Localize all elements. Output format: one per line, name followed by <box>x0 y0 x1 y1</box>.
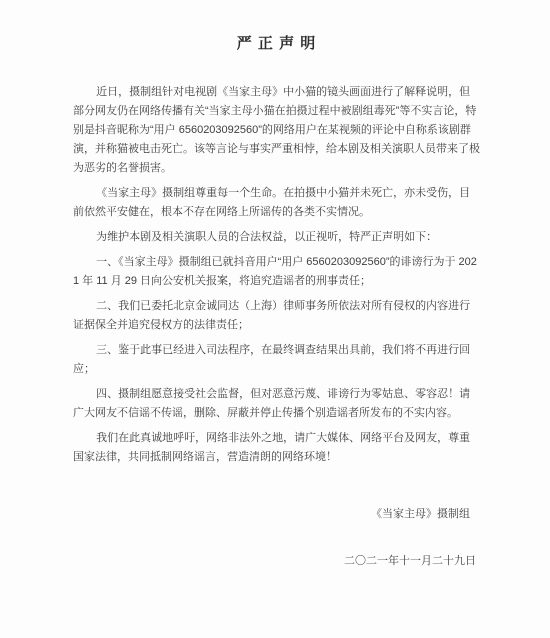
statement-item-4: 四、摄制组愿意接受社会监督，但对恶意污蔑、诽谤行为零姑息、零容忍！请广大网友不信… <box>73 385 480 423</box>
paragraph-fact-clarification: 《当家主母》摄制组尊重每一个生命。在拍摄中小猫并未死亡，亦未受伤，目前依然平安健… <box>73 184 480 222</box>
statement-document: 严 正 声 明 近日，摄制组针对电视剧《当家主母》中小猫的镜头画面进行了解释说明… <box>0 0 550 638</box>
statement-item-3: 三、鉴于此事已经进入司法程序，在最终调查结果出具前，我们将不再进行回应； <box>73 341 480 379</box>
signature: 《当家主母》摄制组 <box>73 505 480 524</box>
paragraph-declaration-lead: 为维护本剧及相关演职人员的合法权益，以正视听，特严正声明如下： <box>73 228 480 247</box>
document-content: 严 正 声 明 近日，摄制组针对电视剧《当家主母》中小猫的镜头画面进行了解释说明… <box>0 0 550 571</box>
statement-item-1: 一、《当家主母》摄制组已就抖音用户“用户 6560203092560”的诽谤行为… <box>73 253 480 291</box>
paragraph-appeal: 我们在此真诚地呼吁，网络非法外之地，请广大媒体、网络平台及网友，尊重国家法律，共… <box>73 429 480 467</box>
paragraph-intro: 近日，摄制组针对电视剧《当家主母》中小猫的镜头画面进行了解释说明，但部分网友仍在… <box>73 83 480 178</box>
statement-item-2: 二、我们已委托北京金诚同达（上海）律师事务所依法对所有侵权的内容进行证据保全并追… <box>73 297 480 335</box>
document-title: 严 正 声 明 <box>73 35 480 53</box>
date-line: 二〇二一年十一月二十九日 <box>73 552 480 571</box>
